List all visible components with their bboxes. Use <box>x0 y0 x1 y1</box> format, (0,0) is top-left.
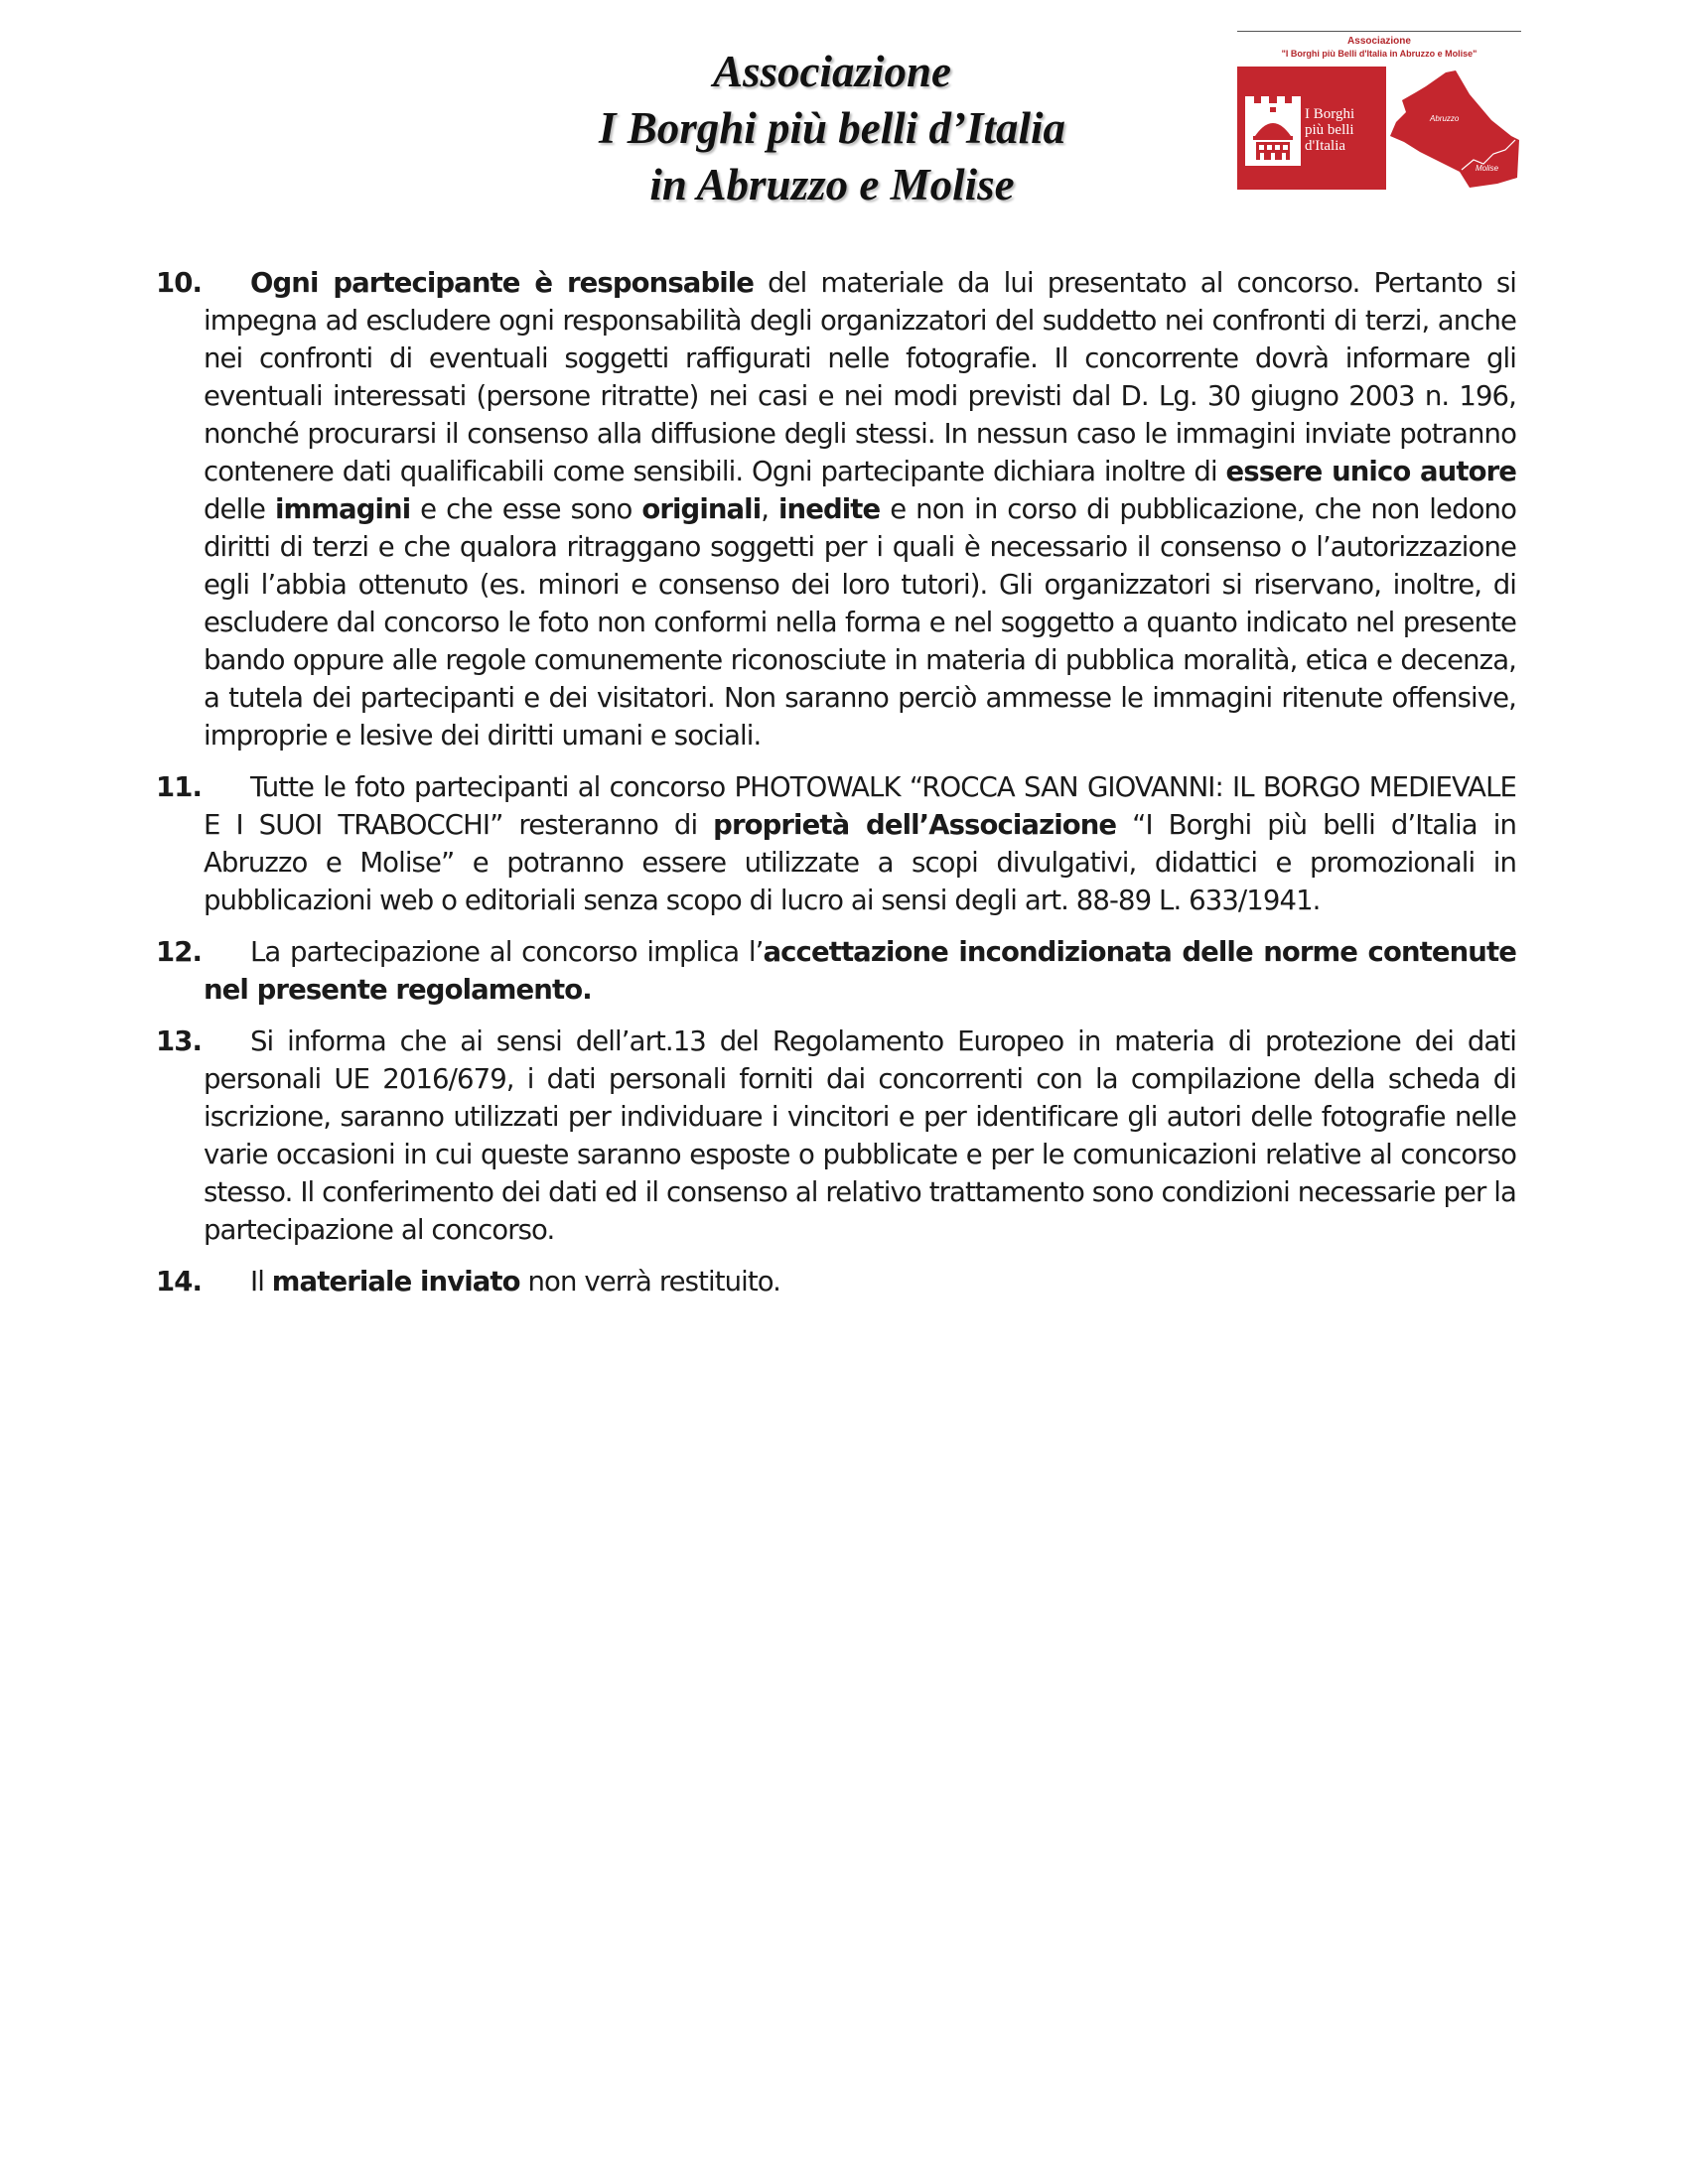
association-logo: Associazione "I Borghi più Belli d'Itali… <box>1237 31 1521 190</box>
title-line-2: I Borghi più belli d’Italia <box>496 100 1168 157</box>
item-text: Si informa che ai sensi dell’art.13 del … <box>204 1023 1516 1249</box>
body-text: delle <box>204 493 275 525</box>
item-text: La partecipazione al concorso implica l’… <box>204 933 1516 1009</box>
emphasized-text: immagini <box>275 493 410 525</box>
regulation-item: 13. Si informa che ai sensi dell’art.13 … <box>156 1023 1516 1249</box>
abruzzo-molise-map: Abruzzo Molise <box>1386 67 1521 190</box>
regulation-item: 10. Ogni partecipante è responsabile del… <box>156 264 1516 754</box>
emphasized-text: proprietà dell’Associazione <box>713 809 1116 841</box>
emphasized-text: materiale inviato <box>272 1266 520 1297</box>
emphasized-text: inedite <box>778 493 880 525</box>
body-text: La partecipazione al concorso implica l’ <box>250 936 763 968</box>
body-text: Si informa che ai sensi dell’art.13 del … <box>204 1025 1516 1246</box>
item-number: 11. <box>156 768 202 806</box>
logo-brand-panel: I Borghi più belli d'Italia <box>1237 67 1386 190</box>
regulation-list: 10. Ogni partecipante è responsabile del… <box>156 264 1516 1314</box>
body-text: del materiale da lui presentato al conco… <box>204 267 1516 487</box>
regulation-item: 14. Il materiale inviato non verrà resti… <box>156 1263 1516 1300</box>
castle-tower-icon <box>1243 96 1303 166</box>
regulation-item: 11. Tutte le foto partecipanti al concor… <box>156 768 1516 919</box>
association-title: Associazione I Borghi più belli d’Italia… <box>496 44 1168 213</box>
item-number: 12. <box>156 933 202 971</box>
item-number: 14. <box>156 1263 202 1300</box>
regulation-item: 12. La partecipazione al concorso implic… <box>156 933 1516 1009</box>
item-text: Il materiale inviato non verrà restituit… <box>204 1263 1516 1300</box>
title-line-3: in Abruzzo e Molise <box>496 157 1168 213</box>
title-line-1: Associazione <box>496 44 1168 100</box>
body-text: e non in corso di pubblicazione, che non… <box>204 493 1516 751</box>
logo-brand-text: I Borghi più belli d'Italia <box>1305 106 1354 154</box>
body-text: non verrà restituito. <box>520 1266 780 1297</box>
body-text: e che esse sono <box>410 493 641 525</box>
item-text: Tutte le foto partecipanti al concorso P… <box>204 768 1516 919</box>
item-number: 13. <box>156 1023 202 1060</box>
emphasized-text: Ogni partecipante è responsabile <box>250 267 754 299</box>
map-label-abruzzo: Abruzzo <box>1430 114 1459 123</box>
item-number: 10. <box>156 264 202 302</box>
body-text: Il <box>250 1266 272 1297</box>
item-text: Ogni partecipante è responsabile del mat… <box>204 264 1516 754</box>
logo-top-rule <box>1237 31 1521 32</box>
body-text: , <box>761 493 778 525</box>
emphasized-text: originali <box>641 493 761 525</box>
logo-caption-line-2: "I Borghi più Belli d'Italia in Abruzzo … <box>1237 49 1521 59</box>
logo-caption-line-1: Associazione <box>1237 36 1521 47</box>
map-label-molise: Molise <box>1476 164 1498 173</box>
region-map-icon <box>1386 67 1521 190</box>
emphasized-text: essere unico autore <box>1226 456 1516 487</box>
